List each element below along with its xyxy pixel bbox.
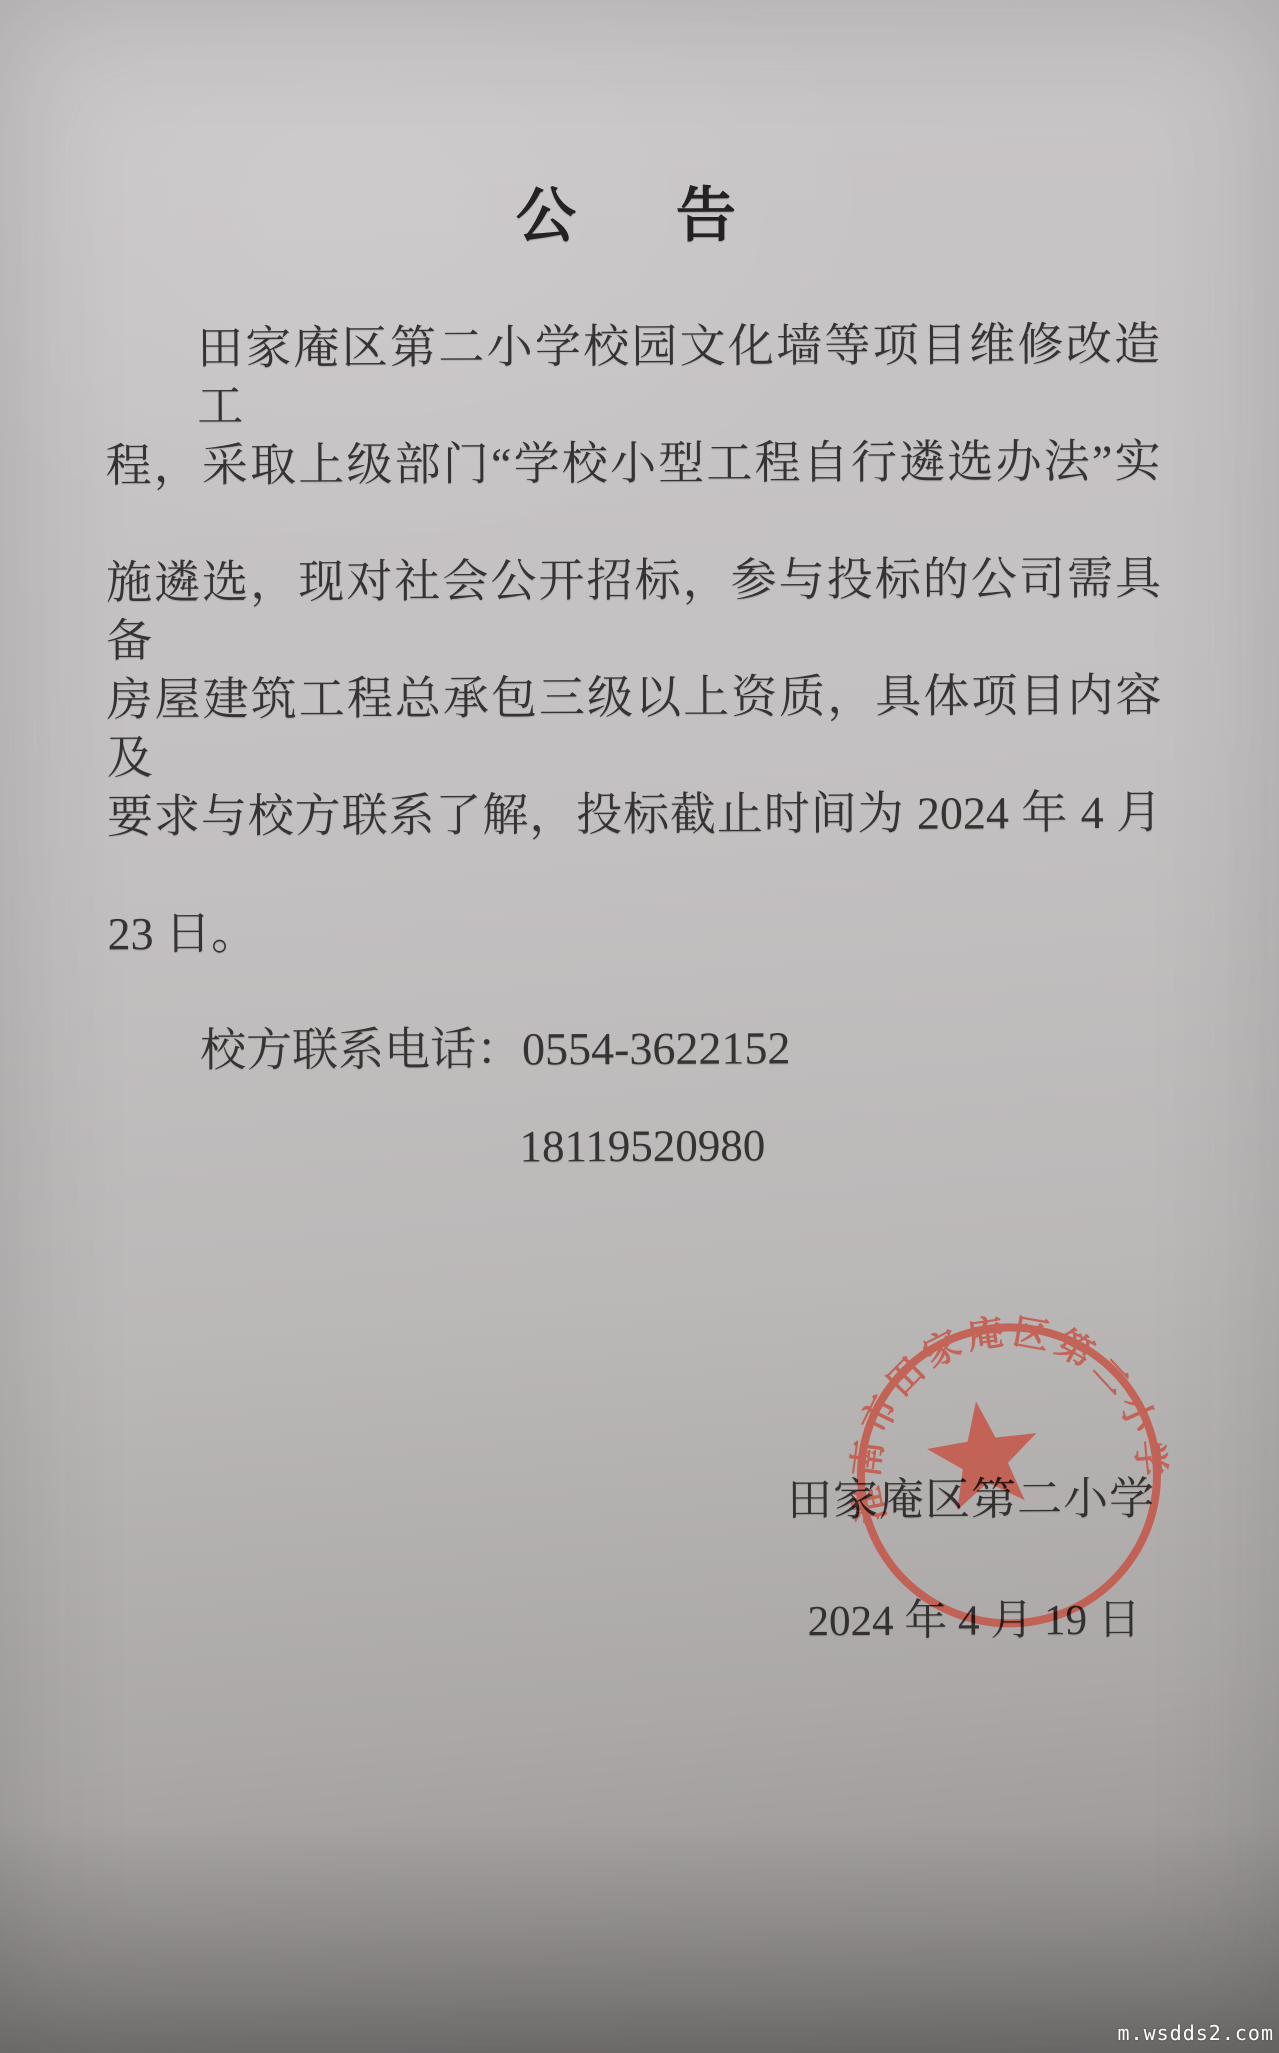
contact-phone-line: 校方联系电话：0554-3622152	[200, 1011, 791, 1080]
body-line: 施遴选，现对社会公开招标，参与投标的公司需具备	[106, 550, 1161, 671]
document-photo: 公 告 田家庵区第二小学校园文化墙等项目维修改造工 程，采取上级部门“学校小型工…	[0, 0, 1279, 2053]
watermark: m.wsdds2.com	[1118, 2021, 1275, 2045]
signature-school-name: 田家庵区第二小学	[787, 1462, 1155, 1529]
body-line: 田家庵区第二小学校园文化墙等项目维修改造工	[105, 316, 1160, 437]
body-line: 程，采取上级部门“学校小型工程自行遴选办法”实	[105, 433, 1160, 496]
announcement-document: 公 告 田家庵区第二小学校园文化墙等项目维修改造工 程，采取上级部门“学校小型工…	[0, 0, 1279, 2053]
secondary-phone: 18119520980	[519, 1119, 765, 1172]
body-line: 23 日。	[107, 901, 1162, 964]
contact-label: 校方联系电话：	[200, 1024, 522, 1076]
document-date: 2024 年 4 月 19 日	[807, 1586, 1141, 1648]
body-line: 要求与校方联系了解，投标截止时间为 2024 年 4 月	[107, 784, 1162, 847]
page-title: 公 告	[0, 165, 1276, 257]
body-line: 房屋建筑工程总承包三级以上资质，具体项目内容及	[106, 667, 1161, 788]
contact-phone: 0554-3622152	[522, 1022, 791, 1074]
